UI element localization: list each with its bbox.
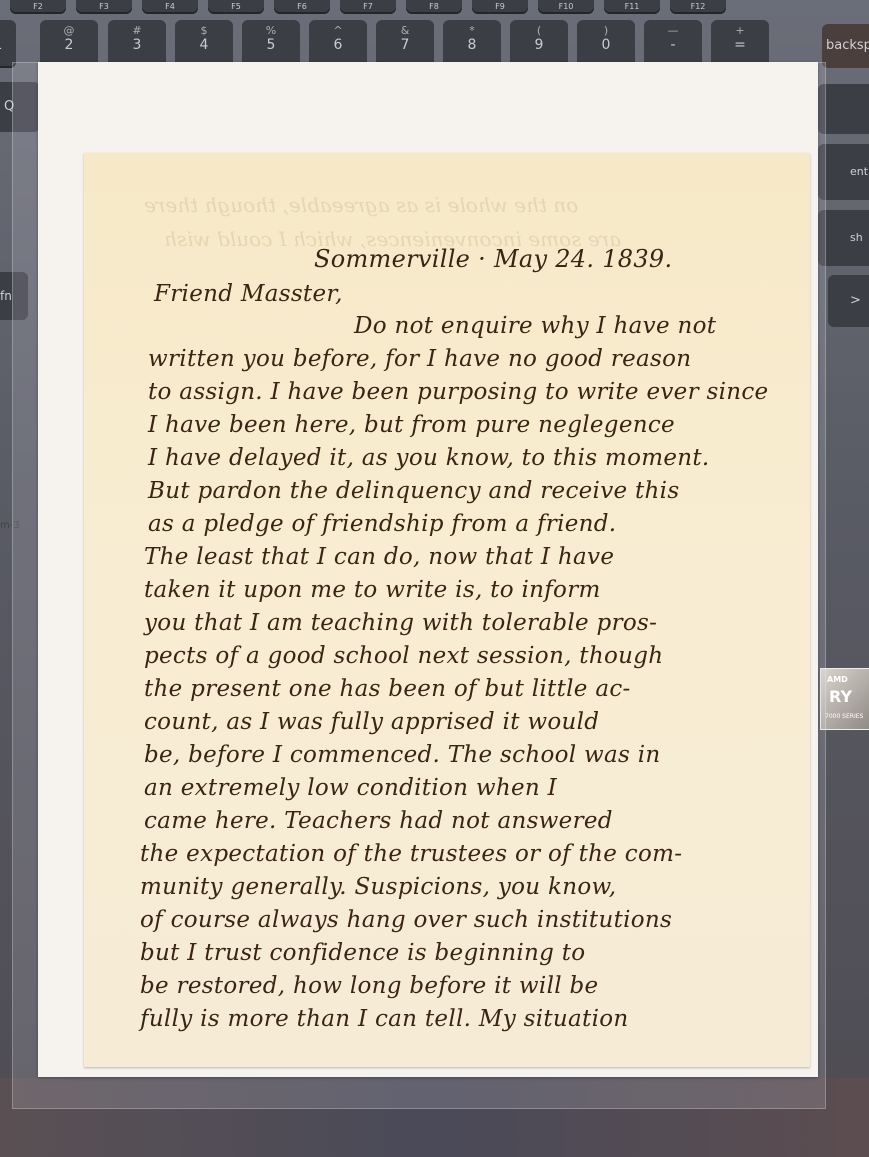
letter-line: The least that I can do, now that I have [144, 544, 614, 570]
key-f10: F10 [538, 0, 594, 14]
key-6: ^6 [309, 20, 367, 68]
letter-line: But pardon the delinquency and receive t… [148, 478, 679, 504]
place-date: Sommerville · May 24. 1839. [314, 245, 672, 273]
key-7: &7 [376, 20, 434, 68]
letter-line: I have been here, but from pure neglegen… [148, 412, 675, 438]
bleed-through-line: on the whole is as agreeable, though the… [144, 193, 578, 217]
letter-line: but I trust confidence is beginning to [140, 940, 585, 966]
amd-ryzen-sticker: AMD RY 7000 SERIES [820, 668, 869, 730]
letter-line: as a pledge of friendship from a friend. [148, 511, 616, 537]
letter-line: taken it upon me to write is, to inform [144, 577, 601, 603]
key-f6: F6 [274, 0, 330, 14]
key-equals: += [711, 20, 769, 68]
key-f9: F9 [472, 0, 528, 14]
key-5: %5 [242, 20, 300, 68]
key-f2: F2 [10, 0, 66, 14]
letter-line: written you before, for I have no good r… [148, 346, 691, 372]
letter-line: you that I am teaching with tolerable pr… [144, 610, 657, 636]
letter-line: I have delayed it, as you know, to this … [148, 445, 710, 471]
key-9: (9 [510, 20, 568, 68]
letter-line: fully is more than I can tell. My situat… [140, 1006, 629, 1032]
key-f12: F12 [670, 0, 726, 14]
letter-line: the expectation of the trustees or of th… [140, 841, 682, 867]
key-f3: F3 [76, 0, 132, 14]
key-4: $4 [175, 20, 233, 68]
key-2: @2 [40, 20, 98, 68]
key-minus: —- [644, 20, 702, 68]
key-f5: F5 [208, 0, 264, 14]
letter-line: be restored, how long before it will be [140, 973, 598, 999]
key-f4: F4 [142, 0, 198, 14]
key-backspace: backspace [822, 24, 869, 68]
key-arrow-right: > [828, 275, 869, 327]
handwritten-letter: on the whole is as agreeable, though the… [84, 153, 810, 1067]
key-f7: F7 [340, 0, 396, 14]
key-f8: F8 [406, 0, 462, 14]
letter-line: came here. Teachers had not answered [144, 808, 613, 834]
letter-line: the present one has been of but little a… [144, 676, 631, 702]
key-8: *8 [443, 20, 501, 68]
letter-line: an extremely low condition when I [144, 775, 557, 801]
letter-line: munity generally. Suspicions, you know, [140, 874, 616, 900]
salutation: Friend Masster, [154, 281, 343, 307]
letter-line: count, as I was fully apprised it would [144, 709, 599, 735]
letter-line: Do not enquire why I have not [354, 313, 716, 339]
key-3: #3 [108, 20, 166, 68]
letter-line: pects of a good school next session, tho… [144, 643, 663, 669]
letter-line: of course always hang over such institut… [140, 907, 672, 933]
key-1: !1 [0, 20, 16, 68]
key-f11: F11 [604, 0, 660, 14]
letter-line: be, before I commenced. The school was i… [144, 742, 661, 768]
letter-line: to assign. I have been purposing to writ… [148, 379, 768, 405]
key-0: )0 [577, 20, 635, 68]
